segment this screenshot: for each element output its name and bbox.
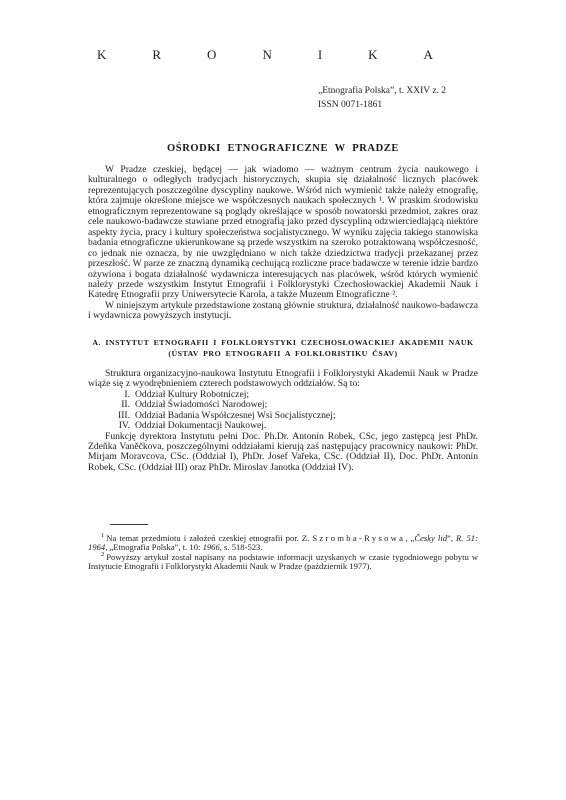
footnote-marker: 2 [101,551,104,558]
section-a-heading-line2: (ÚSTAV PRO ETNOGRAFII A FOLKLORISTIKU ČS… [88,348,478,360]
list-item-label: Oddział Dokumentacji Naukowej. [135,420,266,431]
list-item-label: Oddział Świadomości Narodowej; [135,399,267,410]
department-list: I.Oddział Kultury Robotniczej; II.Oddzia… [88,390,478,432]
journal-reference: „Etnografia Polska”, t. XXIV z. 2 ISSN 0… [318,85,446,112]
list-item: IV.Oddział Dokumentacji Naukowej. [100,421,478,431]
list-item-numeral: IV. [100,421,130,431]
footnote-text: Powyższy artykuł został napisany na pods… [88,552,478,571]
footnote-journal-title: Česky lid [414,533,447,543]
footnote-marker: 1 [101,532,104,539]
running-head: KRONIKA [97,47,479,63]
list-item-label: Oddział Badania Współczesnej Wsi Socjali… [135,410,336,421]
section-a-heading: A. INSTYTUT ETNOGRAFII I FOLKLORYSTYKI C… [88,337,478,360]
article-title: OŚRODKI ETNOGRAFICZNE W PRADZE [0,143,566,154]
footnote-separator [110,524,148,525]
footnotes-block: 1Na temat przedmiotu i założeń czeskiej … [88,524,478,571]
footnote-text: ”, [447,533,456,543]
footnote: 1Na temat przedmiotu i założeń czeskiej … [88,534,478,553]
section-a-intro: Struktura organizacyjno-naukowa Instytut… [88,369,478,390]
journal-citation: „Etnografia Polska”, t. XXIV z. 2 [318,85,446,99]
footnote-author-name: Szromba-Rysowa [312,533,405,543]
paragraph: W niniejszym artykule przedstawione zost… [88,301,478,322]
article-body: W Pradze czeskiej, będącej — jak wiadomo… [88,165,478,473]
issn-number: ISSN 0071-1861 [318,99,446,113]
section-a-heading-line1: A. INSTYTUT ETNOGRAFII I FOLKLORYSTYKI C… [88,337,478,349]
paragraph: W Pradze czeskiej, będącej — jak wiadomo… [88,165,478,301]
section-a-staff-paragraph: Funkcję dyrektora Instytutu pełni Doc. P… [88,432,478,474]
footnote: 2Powyższy artykuł został napisany na pod… [88,553,478,572]
footnote-text: , „ [405,533,414,543]
document-page: KRONIKA „Etnografia Polska”, t. XXIV z. … [0,0,566,800]
